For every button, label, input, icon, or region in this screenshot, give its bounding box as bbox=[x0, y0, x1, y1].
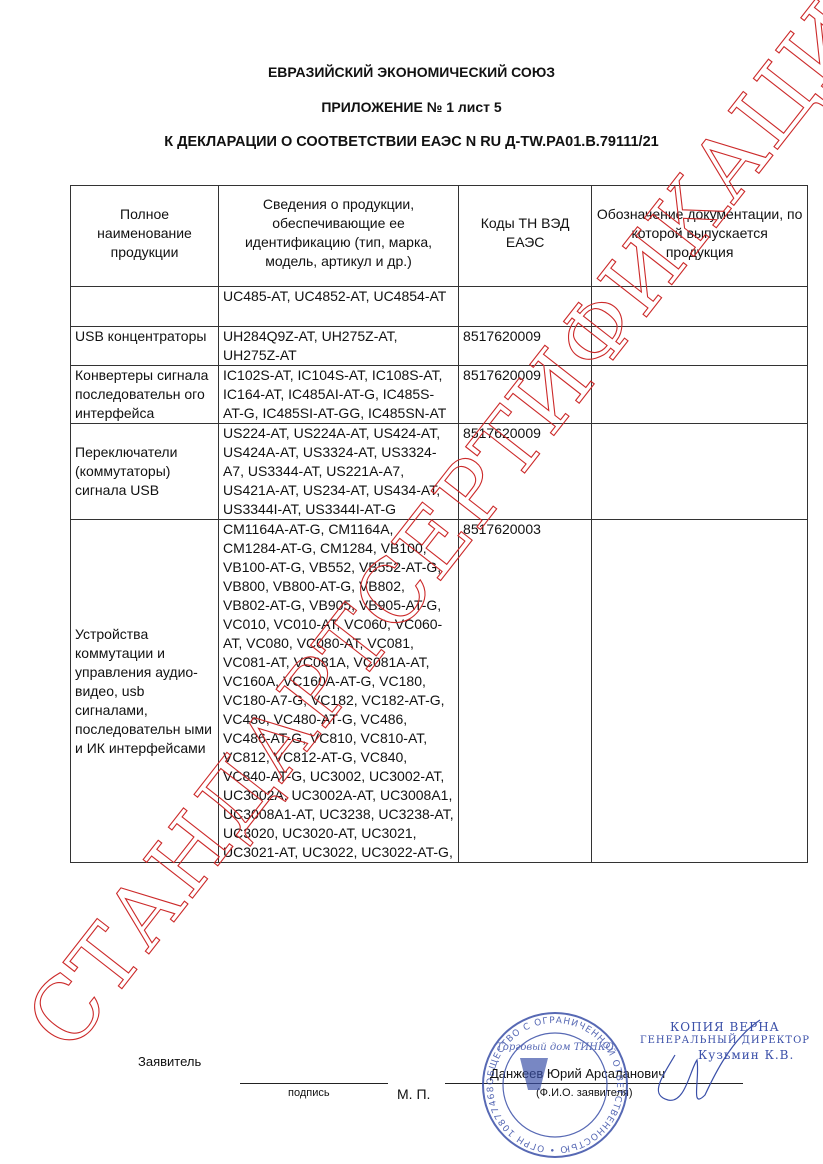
table-row: UC485-AT, UC4852-AT, UC4854-AT bbox=[71, 287, 808, 327]
signature-line bbox=[240, 1083, 388, 1084]
table-header-row: Полное наименование продукции Сведения о… bbox=[71, 186, 808, 287]
product-code: 8517620003 bbox=[459, 520, 592, 863]
copy-certified-stamp: КОПИЯ ВЕРНА ГЕНЕРАЛЬНЫЙ ДИРЕКТОР Кузьмин… bbox=[660, 1020, 810, 1062]
table-row: Устройства коммутации и управления аудио… bbox=[71, 520, 808, 863]
product-name: Конвертеры сигнала последовательн ого ин… bbox=[71, 366, 219, 424]
applicant-label: Заявитель bbox=[138, 1054, 201, 1069]
column-header-documentation: Обозначение документации, по которой вып… bbox=[592, 186, 808, 287]
signature-caption: подпись bbox=[288, 1087, 330, 1099]
name-caption: (Ф.И.О. заявителя) bbox=[536, 1087, 633, 1099]
product-docs bbox=[592, 327, 808, 366]
product-models: UC485-AT, UC4852-AT, UC4854-AT bbox=[219, 287, 459, 327]
product-code: 8517620009 bbox=[459, 424, 592, 520]
union-title: ЕВРАЗИЙСКИЙ ЭКОНОМИЧЕСКИЙ СОЮЗ bbox=[0, 64, 823, 80]
name-line bbox=[445, 1083, 743, 1084]
product-name: Устройства коммутации и управления аудио… bbox=[71, 520, 219, 863]
column-header-name: Полное наименование продукции bbox=[71, 186, 219, 287]
products-table: Полное наименование продукции Сведения о… bbox=[70, 185, 808, 863]
applicant-name: Данжеев Юрий Арсаланович bbox=[490, 1066, 665, 1081]
column-header-identification: Сведения о продукции, обеспечивающие ее … bbox=[219, 186, 459, 287]
product-models: CM1164A-AT-G, CM1164A, CM1284-AT-G, CM12… bbox=[219, 520, 459, 863]
table-row: USB концентраторы UH284Q9Z-AT, UH275Z-AT… bbox=[71, 327, 808, 366]
seal-label: М. П. bbox=[397, 1086, 430, 1102]
product-models: US224-AT, US224A-AT, US424-AT, US424A-AT… bbox=[219, 424, 459, 520]
svg-text:Торговый дом ТИНКО: Торговый дом ТИНКО bbox=[496, 1042, 614, 1053]
product-docs bbox=[592, 424, 808, 520]
product-name: USB концентраторы bbox=[71, 327, 219, 366]
product-models: IC102S-AT, IC104S-AT, IC108S-AT, IC164-A… bbox=[219, 366, 459, 424]
product-docs bbox=[592, 287, 808, 327]
product-code bbox=[459, 287, 592, 327]
product-docs bbox=[592, 520, 808, 863]
product-code: 8517620009 bbox=[459, 327, 592, 366]
appendix-title: ПРИЛОЖЕНИЕ № 1 лист 5 bbox=[0, 99, 823, 115]
copy-line-1: КОПИЯ ВЕРНА bbox=[660, 1020, 810, 1034]
copy-line-3: Кузьмин К.В. bbox=[660, 1048, 810, 1062]
column-header-codes: Коды ТН ВЭД ЕАЭС bbox=[459, 186, 592, 287]
copy-line-2: ГЕНЕРАЛЬНЫЙ ДИРЕКТОР bbox=[640, 1034, 810, 1048]
product-code: 8517620009 bbox=[459, 366, 592, 424]
table-row: Конвертеры сигнала последовательн ого ин… bbox=[71, 366, 808, 424]
product-models: UH284Q9Z-AT, UH275Z-AT, UH275Z-AT bbox=[219, 327, 459, 366]
product-name: Переключатели (коммутаторы) сигнала USB bbox=[71, 424, 219, 520]
table-row: Переключатели (коммутаторы) сигнала USB … bbox=[71, 424, 808, 520]
declaration-title: К ДЕКЛАРАЦИИ О СООТВЕТСТВИИ ЕАЭС N RU Д-… bbox=[0, 134, 823, 150]
product-docs bbox=[592, 366, 808, 424]
product-name bbox=[71, 287, 219, 327]
